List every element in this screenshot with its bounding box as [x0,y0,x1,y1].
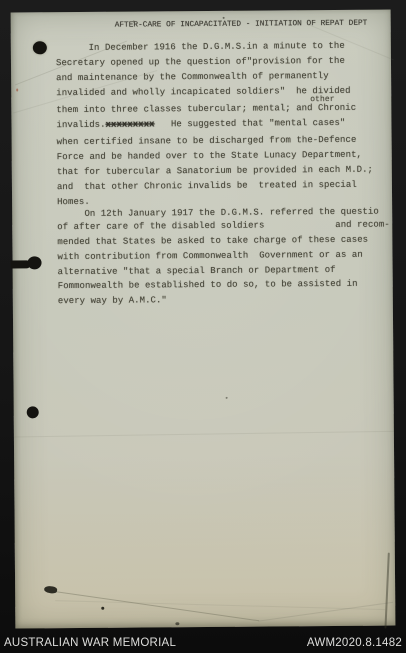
paper-speck [175,622,179,625]
punch-hole-middle [28,256,42,269]
text-line: and that other Chronic invalids be treat… [57,180,357,192]
paper-speck [101,607,104,610]
text-line: Secretary opened up the question of"prov… [56,56,345,68]
text-line: Homes. [57,197,90,207]
typewritten-text: In December 1916 the D.G.M.S.in a minute… [11,10,396,629]
punch-hole-bottom [27,406,39,418]
paper-speck [226,397,228,399]
text-line: mended that States be asked to take char… [57,235,368,247]
text-line: On 12th January 1917 the D.G.M.S. referr… [57,207,379,220]
text-line-with-strikeout: invalids.xxxxxxxxx He suggested that "me… [56,118,345,130]
text-line: every way by A.M.C." [58,295,167,306]
text-line: with contribution from Commonwealth Gove… [57,250,362,262]
text-line: Fommonwealth be established to do so, to… [58,279,358,291]
struck-out-text: xxxxxxxxx [105,119,154,129]
text-line: them into three classes tubercular; ment… [56,103,356,115]
text-line: Force and be handed over to the State Lu… [57,150,362,162]
paper-speck [223,17,225,19]
institution-label: AUSTRALIAN WAR MEMORIAL [4,637,176,649]
text-line: when certified insane to be discharged f… [57,135,357,147]
text-line: alternative "that a special Branch or De… [58,265,336,277]
document-page: AFTER-CARE OF INCAPACITATED - INITIATION… [11,10,396,629]
text-line: and maintenance by the Commonwealth of p… [56,71,329,83]
accession-number: AWM2020.8.1482 [307,637,402,649]
punch-hole-top [33,41,47,54]
paper-speck [133,21,135,23]
paper-speck [16,88,18,91]
scan-viewer: AFTER-CARE OF INCAPACITATED - INITIATION… [0,0,406,653]
text-line: that for tubercular a Sanatorium be prov… [57,165,373,177]
text-line: of after care of the disabled soldiers a… [57,220,390,233]
